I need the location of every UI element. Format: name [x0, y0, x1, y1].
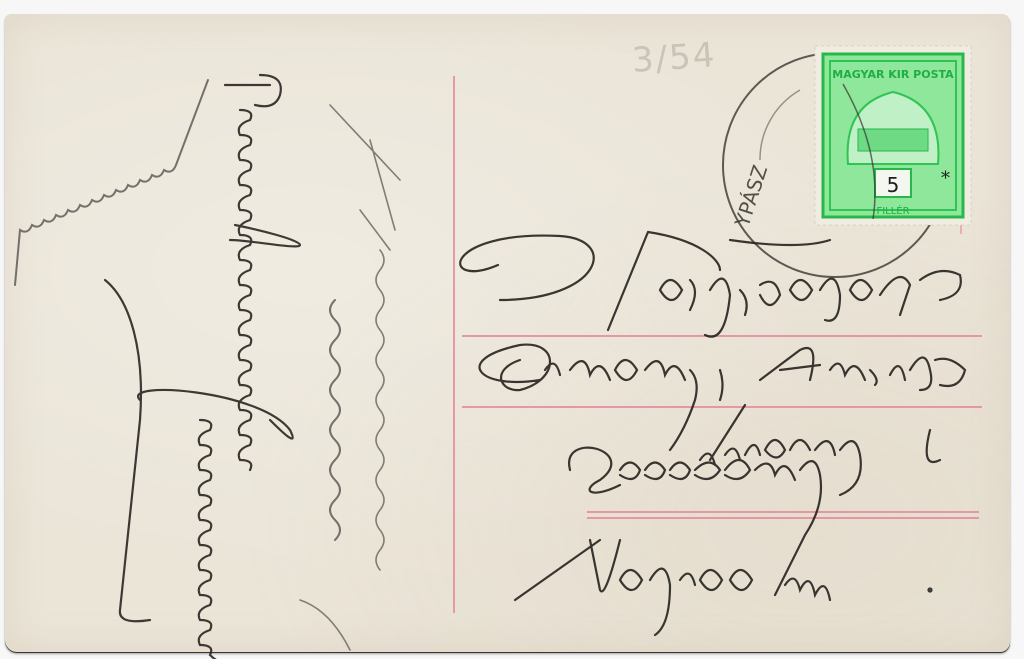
message-handwriting [0, 0, 1024, 659]
